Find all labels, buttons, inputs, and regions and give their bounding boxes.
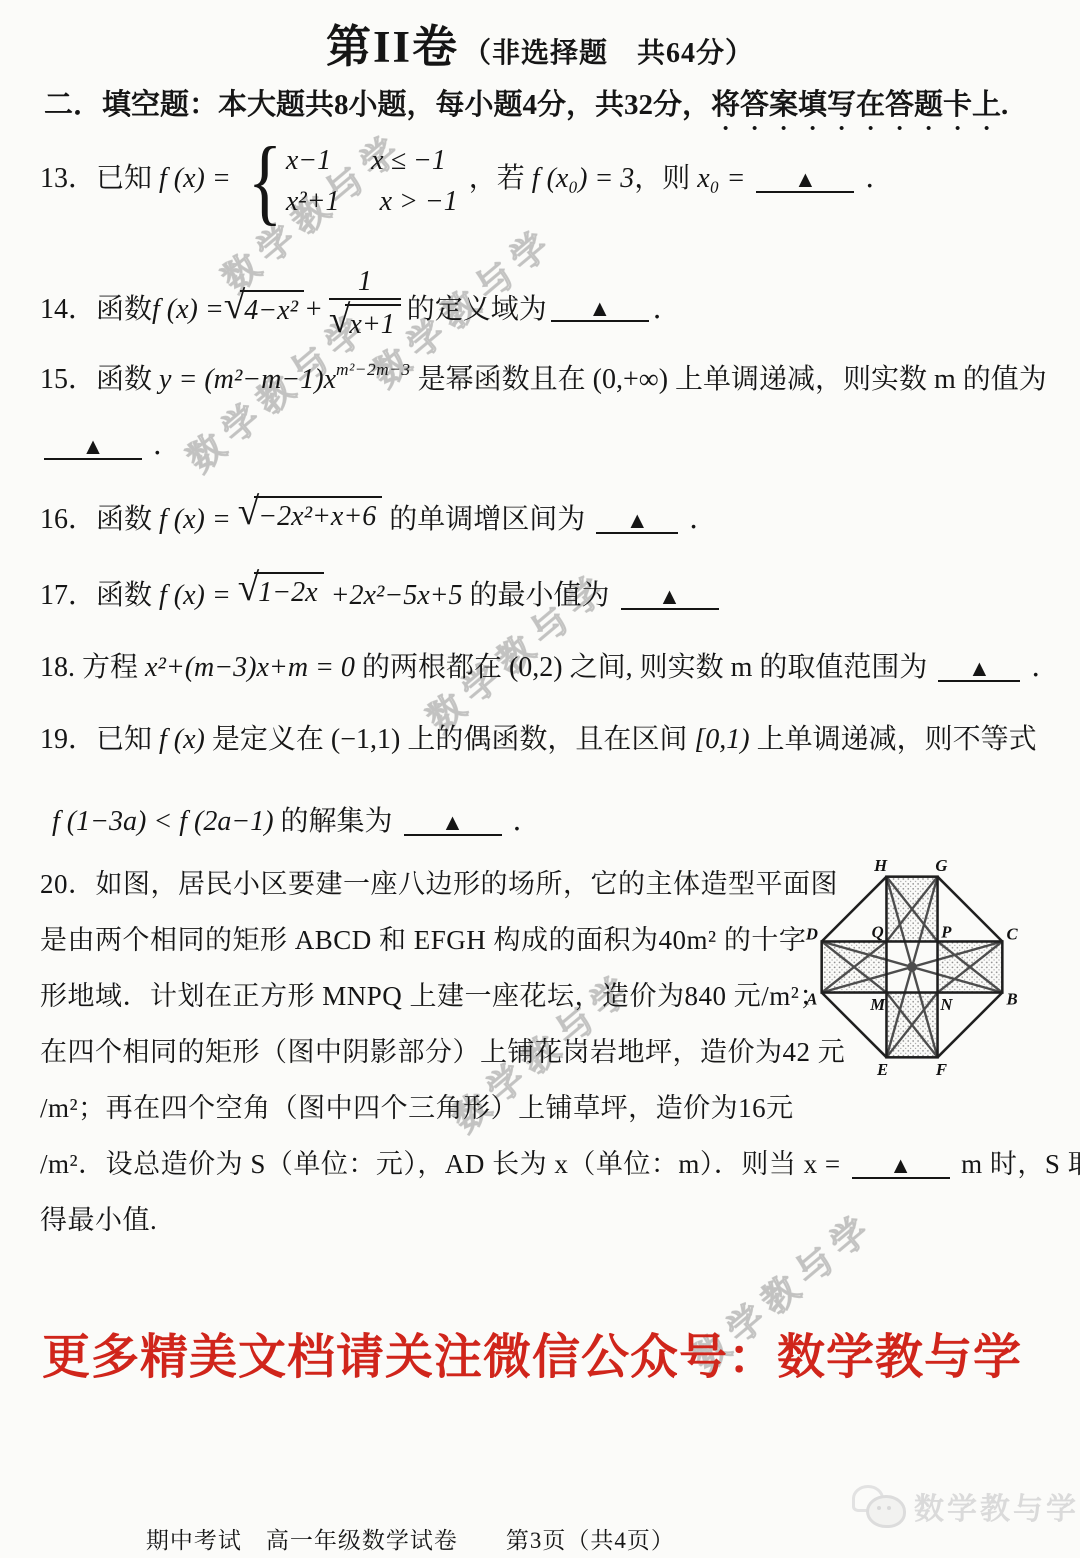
radical-sign: √: [238, 492, 260, 531]
q14-plus: +: [304, 292, 323, 327]
q14-radicand: 4−x²: [240, 290, 304, 328]
q13-row2-expr: x²+1: [286, 184, 340, 219]
radical-sign: √: [224, 286, 246, 325]
q13-x0: x₀ =: [697, 163, 745, 194]
q19-text1: 是定义在 (−1,1) 上的偶函数，且在区间: [205, 724, 694, 755]
q17-radical: √1−2x: [238, 572, 324, 611]
brand-watermark-text: 数学教与学: [914, 1484, 1079, 1528]
section-heading-emphasis: 将答案填写在答题卡上.: [711, 89, 1008, 121]
q14-fx: f (x) =: [152, 292, 224, 327]
paper-part-title: 第II卷: [326, 22, 459, 72]
q19-interval: [0,1): [694, 724, 749, 755]
figure-label-A: A: [805, 989, 817, 1008]
q14-den-radicand: x+1: [345, 304, 400, 342]
q16-post: 的单调增区间为: [389, 504, 585, 535]
answer-blank: ▲: [404, 811, 502, 836]
q14-end: ．: [653, 292, 681, 327]
brace-glyph: {: [248, 140, 283, 222]
q19-lead: 19．已知: [40, 724, 159, 755]
q19-end: ．: [513, 806, 541, 837]
q14-fraction: 1 √x+1: [329, 268, 401, 343]
page-footer: 期中考试 高一年级数学试卷 第3页（共4页）: [0, 1522, 821, 1555]
answer-blank: ▲: [756, 168, 854, 193]
q14-post: 的定义域为: [407, 292, 547, 327]
q18-lead: 18. 方程: [40, 652, 145, 683]
q20-line6-post: m 时，S 取: [961, 1149, 1080, 1179]
answer-blank: ▲: [551, 297, 649, 322]
answer-triangle: ▲: [441, 810, 464, 835]
page-title: 第II卷 （非选择题 共64分）: [0, 10, 1080, 75]
brand-watermark: 数学教与学: [852, 1484, 1079, 1528]
answer-blank: ▲: [44, 435, 142, 460]
q17-fx: f (x) =: [159, 580, 231, 611]
q19-line2-text: 的解集为: [274, 806, 393, 837]
q20-line7: 得最小值.: [40, 1198, 157, 1237]
q18-end: ．: [1031, 652, 1059, 683]
answer-triangle: ▲: [626, 508, 649, 533]
q18-mid: 的两根都在 (0,2) 之间, 则实数 m 的取值范围为: [355, 652, 927, 683]
q15-post: 是幂函数且在 (0,+∞) 上单调递减，则实数 m 的值为: [411, 364, 1047, 395]
q13-end: ．: [865, 163, 893, 194]
q14-den-radical: √x+1: [329, 304, 401, 343]
answer-triangle: ▲: [588, 296, 611, 321]
q15-exponent: m²−2m−3: [336, 360, 411, 379]
q20-line6: /m²．设总造价为 S（单位：元），AD 长为 x（单位：m）．则当 x = ▲…: [40, 1142, 1080, 1181]
q15-lead: 15．函数: [40, 364, 159, 395]
figure-label-Q: Q: [872, 923, 884, 942]
q19-line2-math: f (1−3a) < f (2a−1): [52, 806, 274, 837]
figure-label-D: D: [805, 925, 818, 944]
figure-label-E: E: [876, 1060, 888, 1079]
q20-line1: 20．如图，居民小区要建一座八边形的场所，它的主体造型平面图: [40, 862, 838, 901]
question-18: 18. 方程 x²+(m−3)x+m = 0 的两根都在 (0,2) 之间, 则…: [40, 650, 1059, 685]
figure-label-N: N: [939, 995, 953, 1014]
question-16: 16．函数 f (x) = √−2x²+x+6 的单调增区间为 ▲ ．: [40, 496, 717, 537]
answer-triangle: ▲: [794, 167, 817, 192]
answer-blank: ▲: [938, 657, 1020, 682]
figure-label-C: C: [1007, 925, 1019, 944]
q18-equation: x²+(m−3)x+m = 0: [145, 652, 355, 683]
q15-body: y = (m²−m−1)x: [159, 364, 336, 395]
q20-figure: H G D C A B Q P M N E F: [804, 852, 1020, 1082]
q13-row1-cond: x ≤ −1: [371, 143, 446, 178]
answer-triangle: ▲: [658, 584, 681, 609]
q17-radicand: 1−2x: [254, 572, 323, 610]
q16-fx: f (x) =: [159, 504, 231, 535]
q15-end: ．: [153, 430, 181, 461]
q17-post: 的最小值为: [470, 580, 610, 611]
question-15-blank-line: ▲ ．: [40, 428, 181, 463]
figure-label-F: F: [935, 1060, 947, 1079]
paper-part-subtitle: （非选择题 共64分）: [463, 38, 754, 69]
question-19-line1: 19．已知 f (x) 是定义在 (−1,1) 上的偶函数，且在区间 [0,1)…: [40, 722, 1037, 757]
q20-line6-pre: /m²．设总造价为 S（单位：元），AD 长为 x（单位：m）．则当 x =: [40, 1149, 841, 1179]
q17-lead: 17．函数: [40, 580, 159, 611]
section-heading-text: 二．填空题：本大题共8小题，每小题4分，共32分，: [44, 89, 711, 121]
answer-blank: ▲: [852, 1154, 950, 1179]
q17-tail: +2x²−5x+5: [331, 580, 463, 611]
q16-lead: 16．函数: [40, 504, 159, 535]
q13-fx: f (x) =: [159, 163, 231, 194]
figure-label-G: G: [935, 856, 947, 875]
promo-banner: 更多精美文档请关注微信公众号：数学教与学: [42, 1318, 1040, 1387]
q20-line2: 是由两个相同的矩形 ABCD 和 EFGH 构成的面积为40m² 的十字: [40, 918, 806, 957]
q13-mid2: ，则: [634, 163, 697, 194]
q16-radical: √−2x²+x+6: [238, 496, 382, 535]
q20-line5: /m²；再在四个空角（图中四个三角形）上铺草坪，造价为16元: [40, 1086, 794, 1125]
exam-page-scan: 数学教与学 数学教与学 数学教与学 数学教与学 数学教与学 数学教与学 第II卷…: [0, 0, 1080, 1558]
q19-fx: f (x): [159, 724, 205, 755]
q16-radicand: −2x²+x+6: [254, 496, 382, 534]
figure-label-M: M: [869, 995, 886, 1014]
q13-fx0: f (x₀) = 3: [532, 163, 634, 194]
q13-row1-expr: x−1: [286, 143, 331, 178]
radical-sign: √: [329, 300, 351, 339]
chat-bubbles-icon: [852, 1485, 904, 1527]
figure-label-H: H: [873, 856, 888, 875]
q19-text2: 上单调递减，则不等式: [750, 724, 1037, 755]
q13-lead: 13．已知: [40, 163, 159, 194]
answer-blank: ▲: [596, 509, 678, 534]
question-19-line2: f (1−3a) < f (2a−1) 的解集为 ▲ ．: [52, 804, 541, 839]
answer-blank: ▲: [621, 585, 719, 610]
section-heading: 二．填空题：本大题共8小题，每小题4分，共32分，将答案填写在答题卡上.: [44, 82, 1008, 137]
answer-triangle: ▲: [889, 1153, 912, 1178]
q16-end: ．: [689, 504, 717, 535]
q13-row2-cond: x > −1: [380, 184, 458, 219]
question-14: 14．函数 f (x) = √4−x² + 1 √x+1 的定义域为 ▲ ．: [40, 272, 681, 347]
radical-sign: √: [238, 568, 260, 607]
figure-label-P: P: [940, 923, 952, 942]
answer-triangle: ▲: [968, 656, 991, 681]
q14-radical: √4−x²: [224, 290, 304, 329]
q20-line4: 在四个相同的矩形（图中阴影部分）上铺花岗岩地坪，造价为42 元: [40, 1030, 845, 1069]
q14-numerator: 1: [354, 268, 376, 298]
question-15: 15．函数 y = (m²−m−1)xm²−2m−3 是幂函数且在 (0,+∞)…: [40, 362, 1047, 397]
question-13: 13．已知 f (x) = { x−1 x ≤ −1 x²+1 x > −1 ，…: [40, 140, 893, 222]
q13-mid: ，若: [469, 163, 532, 194]
q14-lead: 14．函数: [40, 292, 152, 327]
figure-center-point: [907, 962, 917, 972]
answer-triangle: ▲: [82, 434, 105, 459]
q13-piecewise: { x−1 x ≤ −1 x²+1 x > −1: [242, 140, 458, 222]
q20-line3: 形地域．计划在正方形 MNPQ 上建一座花坛，造价为840 元/m²；: [40, 974, 827, 1013]
figure-label-B: B: [1006, 989, 1018, 1008]
question-17: 17．函数 f (x) = √1−2x +2x²−5x+5 的最小值为 ▲: [40, 572, 723, 613]
